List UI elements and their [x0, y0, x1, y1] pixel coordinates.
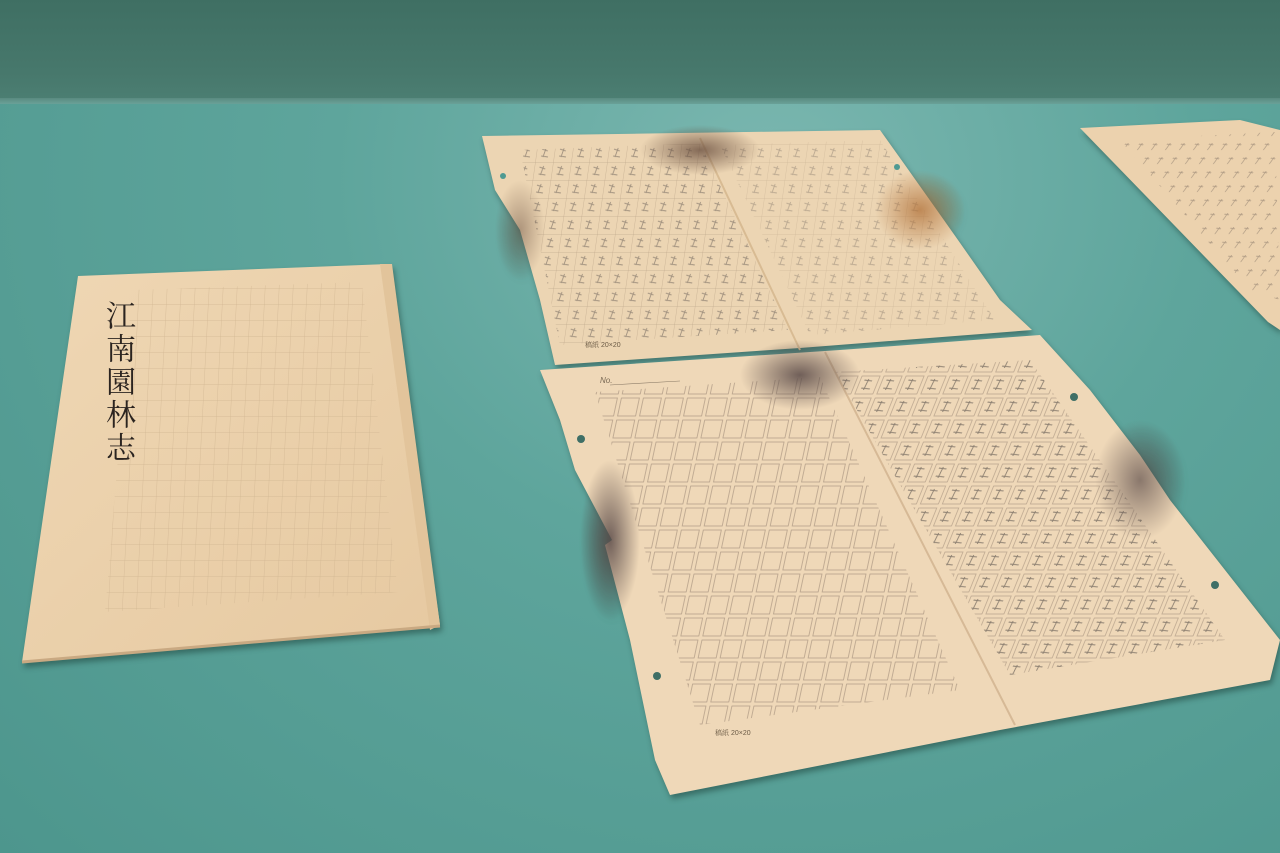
manuscript-sheet-right [0, 0, 1280, 853]
manuscript-right-shape [0, 0, 1280, 853]
